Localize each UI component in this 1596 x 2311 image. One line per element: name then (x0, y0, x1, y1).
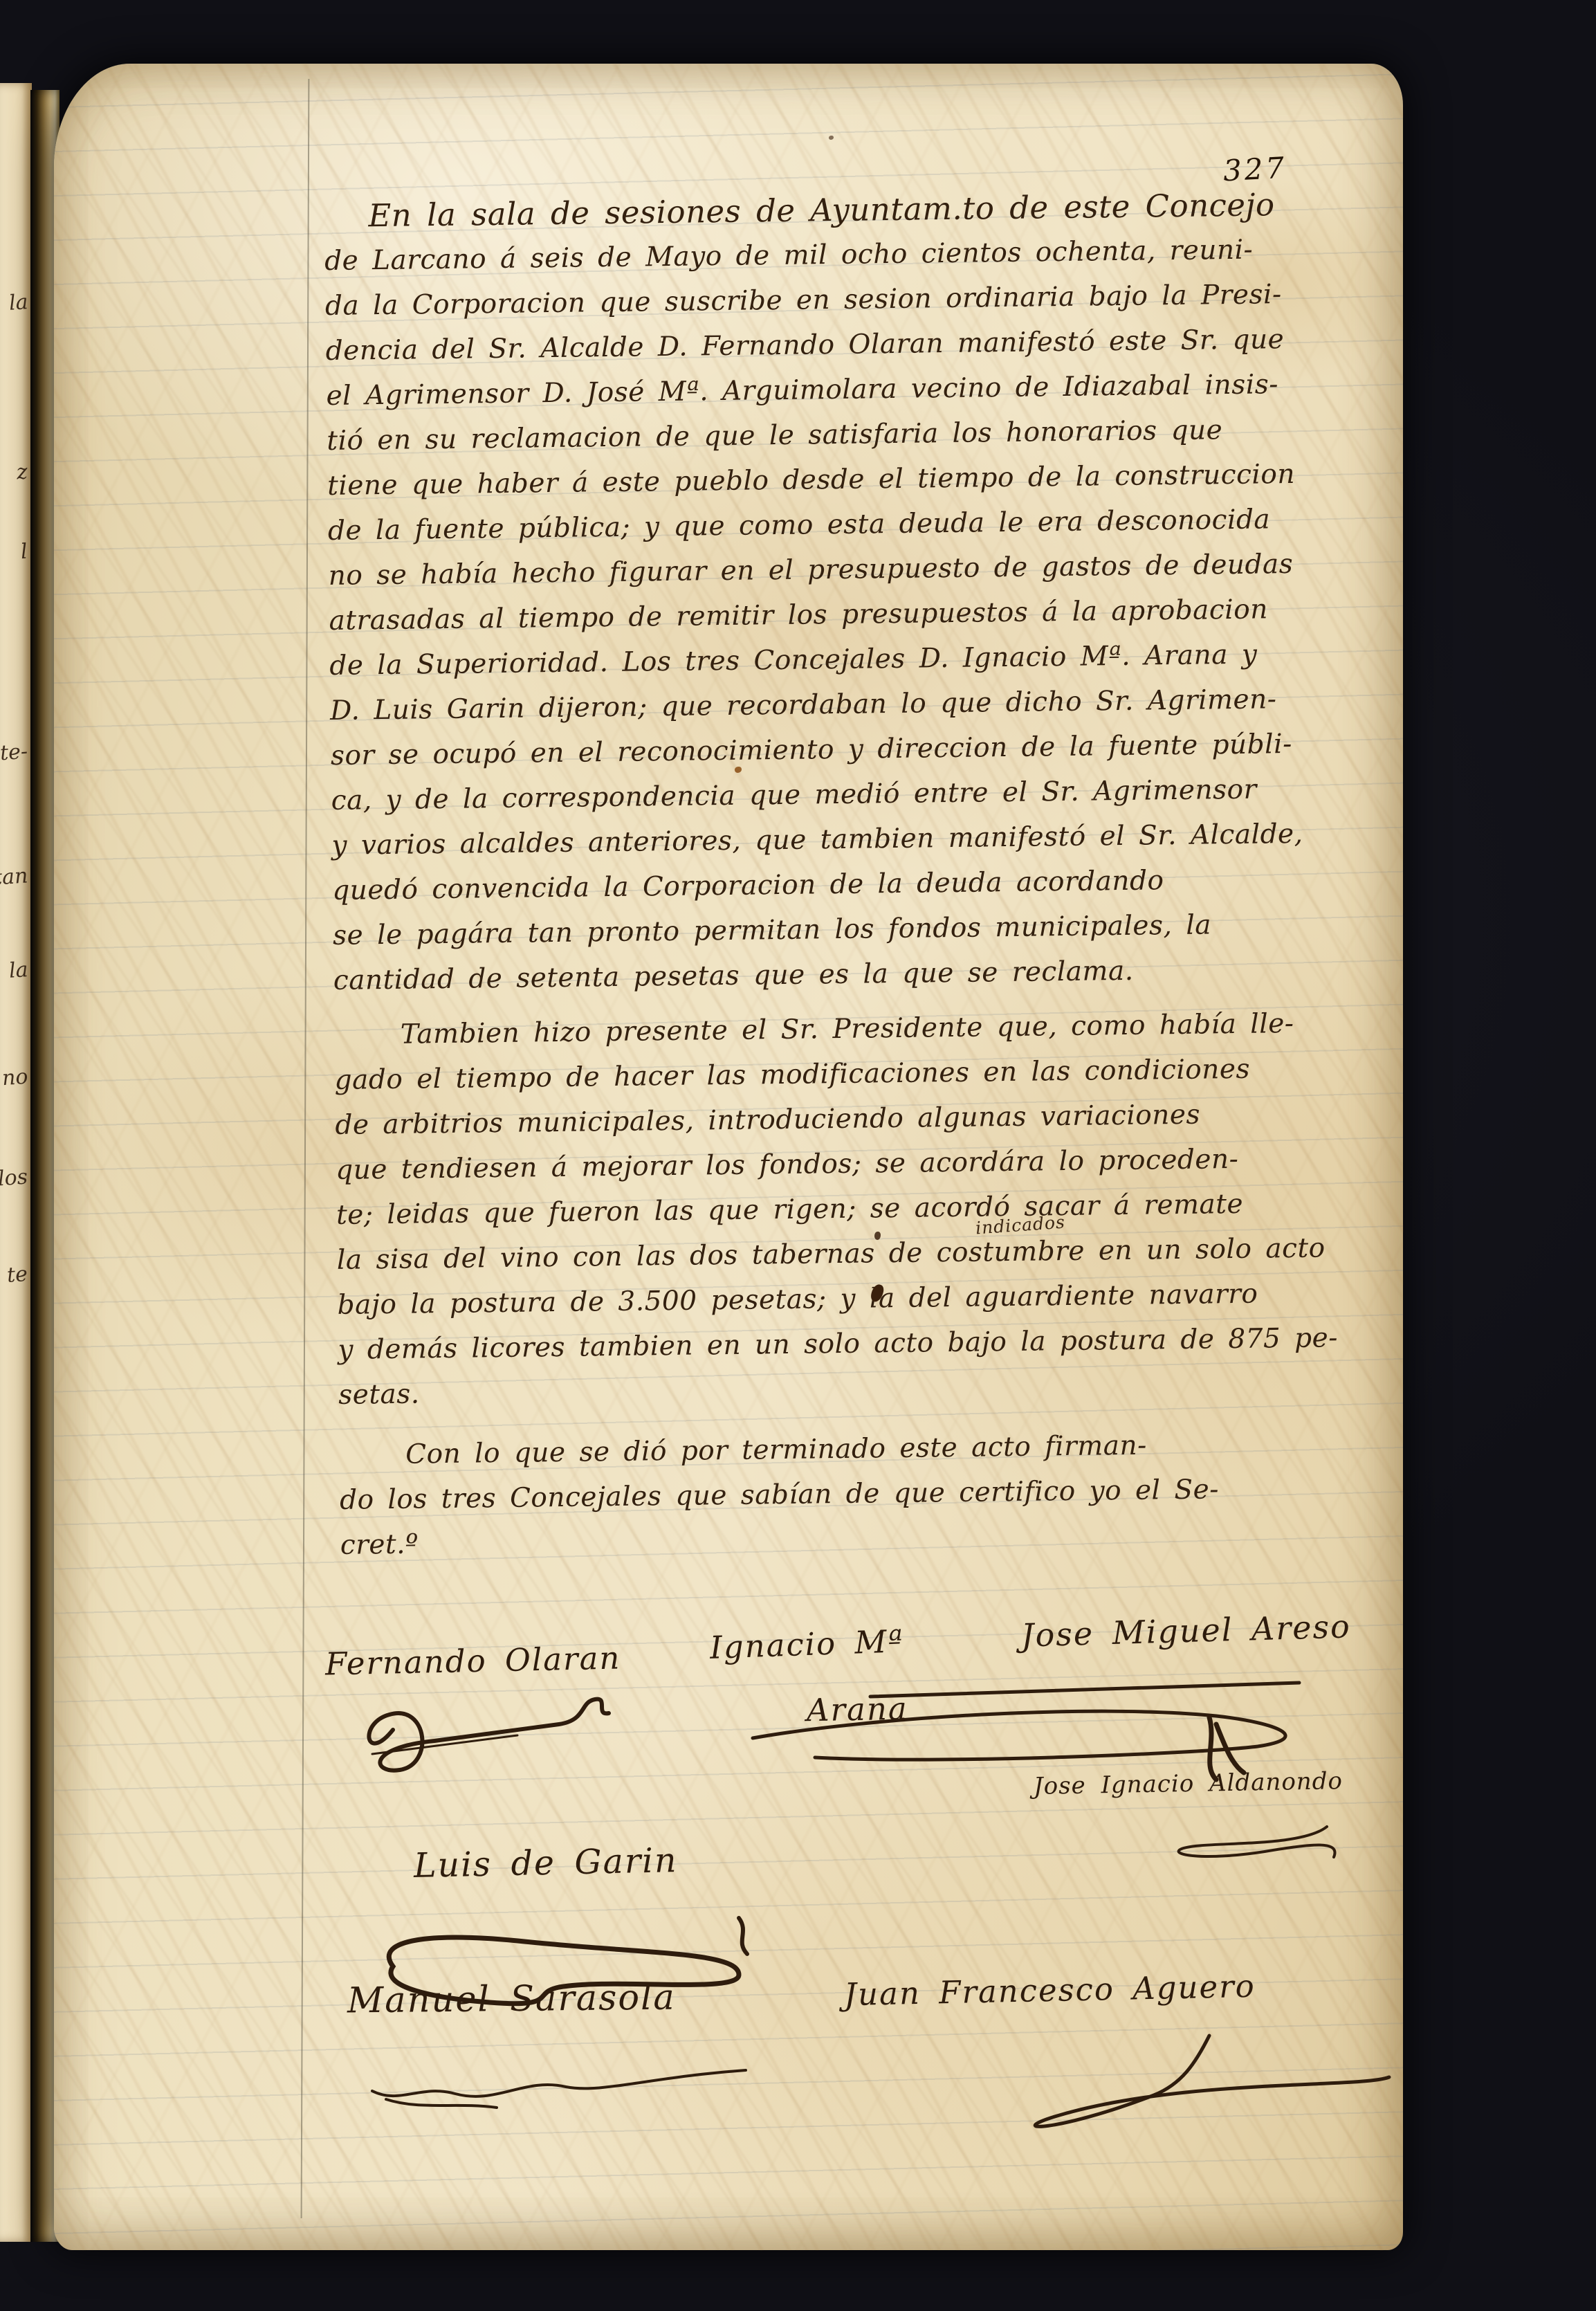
paragraph-2: Tambien hizo presente el Sr. Presidente … (333, 1000, 1383, 1417)
facing-page-text-fragment: la (8, 958, 28, 983)
signature-rubric-aldanondo (1161, 1821, 1361, 1870)
signature-arana: Arana (807, 1690, 909, 1729)
paragraph-3: Con lo que se dió por terminado este act… (339, 1420, 1385, 1567)
facing-page-text-fragment: te- (0, 740, 28, 766)
photo-background: la z l te- tan la no los te 327 En la sa… (0, 0, 1596, 2311)
signature-ignacio-ma: Ignacio Mª (709, 1623, 905, 1666)
signature-rubric-olaran (351, 1681, 677, 1792)
facing-page-text-fragment: z (16, 459, 28, 484)
manuscript-page: 327 En la sala de sesiones de Ayuntam.to… (54, 64, 1403, 2250)
facing-page-text-fragment: l (20, 540, 28, 565)
facing-page-text-fragment: tan (0, 864, 28, 890)
margin-rule (301, 79, 310, 2218)
facing-page-text-fragment: te (6, 1262, 28, 1288)
signature-fernando-olaran: Fernando Olaran (324, 1640, 621, 1683)
signature-luis-de-garin: Luis de Garin (413, 1840, 678, 1885)
facing-page-text-fragment: los (0, 1165, 28, 1191)
paragraph-1: En la sala de sesiones de Ayuntam.to de … (324, 181, 1378, 1003)
signature-juan-francesco-aguero: Juan Francesco Aguero (844, 1968, 1256, 2013)
facing-page-text-fragment: no (1, 1065, 28, 1091)
manuscript-text: En la sala de sesiones de Ayuntam.to de … (324, 181, 1385, 1568)
signature-rubric-sarasola (358, 2056, 773, 2119)
facing-page-edge: la z l te- tan la no los te (0, 83, 32, 2242)
facing-page-text-fragment: la (8, 290, 28, 316)
signature-rubric-aguero (974, 2029, 1403, 2160)
ink-blot (829, 136, 834, 140)
signature-jose-miguel-areso: Jose Miguel Areso (1020, 1607, 1351, 1654)
signature-jose-ignacio-aldanondo: Jose Ignacio Aldanondo (1034, 1767, 1343, 1800)
signature-manuel-sarasola: Manuel Sarasola (347, 1977, 676, 2022)
